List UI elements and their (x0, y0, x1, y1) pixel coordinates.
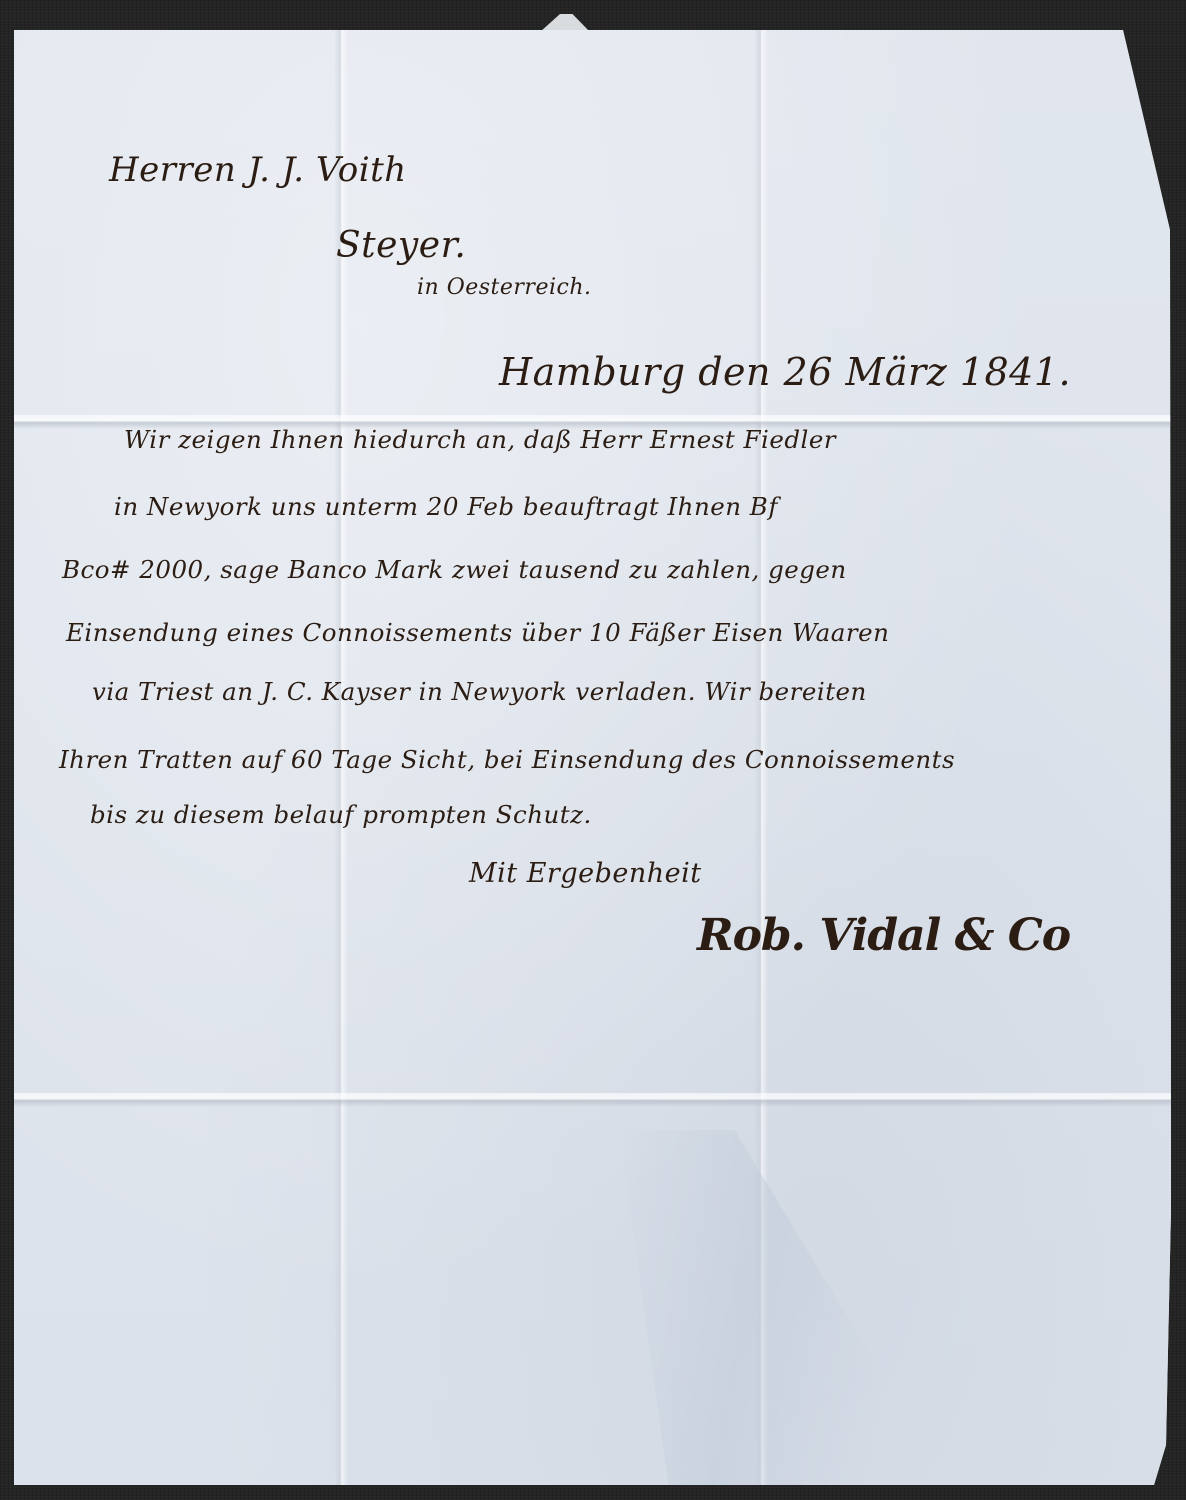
scanned-letter: Herren J. J. Voith Steyer. in Oesterreic… (0, 0, 1186, 1500)
paper-shadow (619, 1130, 949, 1485)
body-line: bis zu diesem belauf prompten Schutz. (90, 800, 592, 829)
closing: Mit Ergebenheit (469, 858, 702, 889)
dateline: Hamburg den 26 März 1841. (499, 350, 1071, 394)
body-line: via Triest an J. C. Kayser in Newyork ve… (92, 677, 867, 706)
horizontal-fold (14, 1093, 1171, 1107)
body-line: Bco# 2000, sage Banco Mark zwei tausend … (62, 555, 847, 584)
signature: Rob. Vidal & Co (697, 910, 1070, 961)
recipient-country: in Oesterreich. (417, 275, 591, 300)
body-line: in Newyork uns unterm 20 Feb beauftragt … (114, 492, 778, 521)
body-line: Ihren Tratten auf 60 Tage Sicht, bei Ein… (59, 745, 955, 774)
body-line: Wir zeigen Ihnen hiedurch an, daß Herr E… (124, 425, 836, 454)
letter-sheet: Herren J. J. Voith Steyer. in Oesterreic… (14, 30, 1171, 1485)
recipient-place: Steyer. (336, 225, 466, 266)
paper-tab (540, 14, 590, 32)
body-line: Einsendung eines Connoissements über 10 … (66, 618, 889, 647)
recipient-name: Herren J. J. Voith (109, 150, 407, 190)
